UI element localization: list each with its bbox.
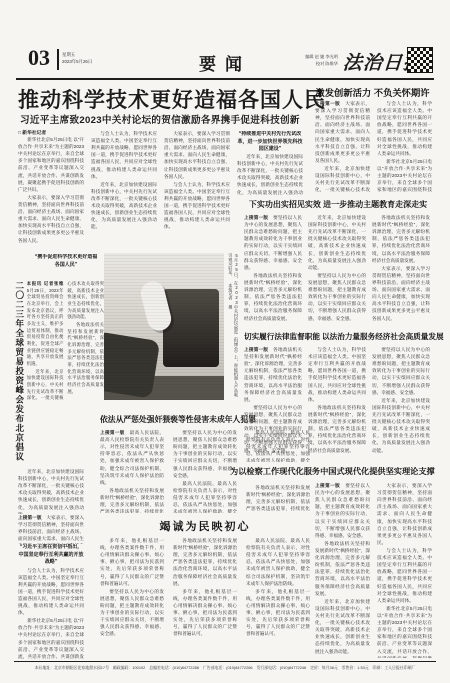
article-jiecheng-col-3: 最高人民法院、最高人民检察院有关负责人表示，对性侵害未成年人犯罪坚持零容忍，依法… xyxy=(246,537,310,658)
article-jifa-col-2: 与会人士认为，科学技术应该造福全人类。中国坚定奉行互利共赢的开放战略，愿同世界各… xyxy=(377,100,432,193)
date-block: 星期五 2023年5月26日 xyxy=(62,52,92,65)
qr-code-icon xyxy=(407,47,433,73)
article-yifa-col-3: 最高人民法院、最高人民检察院有关负责人表示，对性侵害未成年人犯罪坚持零容忍，依法… xyxy=(246,429,310,462)
article-xiashigong-col-3: 各地政法机关坚持和发展新时代“枫桥经验”，深化诉源治理，完善多元解纷机制，依法严… xyxy=(372,214,430,326)
article-weijiancha-col-1: 上接第一版 要坚持以人民为中心的发展思想，聚焦人民群众急难愁盼问题，把主题教育成… xyxy=(315,482,370,658)
article-xiashigong-col-1: 上接第一版 要坚持以人民为中心的发展思想，聚焦人民群众急难愁盼问题，把主题教育成… xyxy=(244,214,302,326)
proofreader-line: 校对 陈维华 xyxy=(283,61,338,68)
beijing-initiative-vertical-title: 二〇二三年全球贸易投资峰会发布北京倡议 xyxy=(14,281,24,464)
newspaper-page: 03 星期五 2023年5月26日 要闻 编辑 赵 婕 李光明 校对 陈维华 法… xyxy=(0,0,450,683)
left-bottom-text-top: 近年来，北京加快建设国际科技创新中心，中关村先行先试改革不断深化，一批关键核心技… xyxy=(18,468,84,514)
beijing-initiative-box: 二〇二三年全球贸易投资峰会发布北京倡议 本报讯 记者张维 5月25日，2023年… xyxy=(14,281,104,464)
article-jiecheng-col-2: 各地政法机关坚持和发展新时代“枫桥经验”，深化诉源治理，完善多元解纷机制，依法严… xyxy=(173,537,237,658)
article-xiashigong-col-2: 近年来，北京加快建设国际科技创新中心，中关村先行先试改革不断深化，一批关键核心技… xyxy=(308,214,366,326)
lead-pull-quote-2: “持续推进中关村先行先试改革，进一步加快世界领先科技园区建设” xyxy=(237,131,303,152)
left-bottom-quote: “习近平主席在贺信中指出，中国坚定奉行互利共赢的开放战略” xyxy=(18,544,84,567)
page-number: 03 xyxy=(28,47,50,69)
article-yifa-title: 依法从严惩处强奸猥亵等性侵害未成年人犯罪 xyxy=(100,414,256,425)
header-rule xyxy=(16,78,434,80)
article-jiecheng-col-1: 多年来，他扎根基层一线，办理各类案件数千件，用心用情解决群众操心事、烦心事、揪心… xyxy=(100,537,164,658)
weekday-label: 星期五 xyxy=(62,52,92,59)
beijing-initiative-body: 本报讯 记者张维 5月25日，2023年全球贸易投资峰会在北京举行，会上发布北京… xyxy=(27,281,104,464)
left-bottom-text-rest: 与会人士认为，科学技术应该造福全人类。中国坚定奉行互利共赢的开放战略，愿同世界各… xyxy=(18,567,84,659)
editors-block: 编辑 赵 婕 李光明 校对 陈维华 xyxy=(283,54,338,67)
left-bottom-column: 近年来，北京加快建设国际科技创新中心，中关村先行先试改革不断深化，一批关键核心技… xyxy=(18,468,84,658)
left-bottom-continued-text: 上接第一版 大家表示，要深入学习贯彻贺信精神，坚持面向世界科技前沿、面向经济主战… xyxy=(18,514,84,544)
article-yifa-col-1: 上接第一版 最高人民法院、最高人民检察院有关负责人表示，对性侵害未成年人犯罪坚持… xyxy=(100,429,164,513)
photo-caption-vertical: 5月25日，在2023中关村论坛展览（科博会）上，智能机器人产品吸引观众驻足。 … xyxy=(226,253,239,400)
article-jiecheng-title: 竭诚为民映初心 xyxy=(100,518,310,534)
footer-info-line: 本社地址：北京市朝阳区花家地甜水园17号 邮政编码：100102 总编室电话：(… xyxy=(14,665,436,671)
lead-subhead: 习近平主席致2023中关村论坛的贺信激励各界携手促进科技创新 xyxy=(20,112,308,126)
footer-rule xyxy=(14,661,436,662)
article-qieshi-col-3: 要坚持以人民为中心的发展思想，聚焦人民群众急难愁盼问题，把主题教育成效转化为干事… xyxy=(372,346,430,458)
lead-body-col-3: 大家表示，要深入学习贯彻贺信精神，坚持面向世界科技前沿、面向经济主战场、面向国家… xyxy=(164,130,230,250)
lead-pull-quote-1: “携手促进科学技术更好造福各国人民” xyxy=(34,254,98,276)
lead-headline: 推动科学技术更好造福各国人民 xyxy=(18,84,310,114)
article-jifa-col-1: 上接第一版 大家表示，要深入学习贯彻贺信精神，坚持面向世界科技前沿、面向经济主战… xyxy=(315,100,370,193)
lead-body-col-4: 近年来，北京加快建设国际科技创新中心，中关村先行先试改革不断深化，一批关键核心技… xyxy=(237,153,303,196)
article-yifa-col-2: 要坚持以人民为中心的发展思想，聚焦人民群众急难愁盼问题，把主题教育成效转化为干事… xyxy=(173,429,237,513)
article-qieshi-col-2: 与会人士认为，科学技术应该造福全人类。中国坚定奉行互利共赢的开放战略，愿同世界各… xyxy=(308,346,366,458)
section-title: 要闻 xyxy=(160,50,290,75)
page-number-divider xyxy=(57,49,59,70)
lead-body-col-2: 与会人士认为，科学技术应该造福全人类。中国坚定奉行互利共赢的开放战略，愿同世界各… xyxy=(91,130,157,250)
photo-grain-overlay xyxy=(104,253,224,400)
editor-line: 编辑 赵 婕 李光明 xyxy=(283,54,338,61)
article-qieshi-title: 切实履行法律监督职能 以法治力量服务经济社会高质量发展 xyxy=(244,331,432,342)
article-weijiancha-title: 为以检察工作现代化服务中国式现代化提供坚实理论支撑 xyxy=(230,466,432,477)
forum-robot-photo xyxy=(104,253,224,400)
lead-byline: □ 新华社记者 xyxy=(18,129,46,136)
date-label: 2023年5月26日 xyxy=(62,59,92,66)
article-weijiancha-col-2: 大家表示，要深入学习贯彻贺信精神，坚持面向世界科技前沿、面向经济主战场、面向国家… xyxy=(377,482,432,658)
article-xiashigong-title: 下实功出实招见实效 进一步推动主题教育走深走实 xyxy=(244,199,432,210)
lead-body-col-1: 新华社北京5月25日电 以“开放合作·共享未来”为主题的2023中关村论坛在京举… xyxy=(18,136,84,250)
article-jifa-title: 激发创新活力 不负关怀期许 xyxy=(313,85,432,99)
article-yifa-col-3-continued: 各地政法机关坚持和发展新时代“枫桥经验”，深化诉源治理，完善多元解纷机制，依法严… xyxy=(246,484,310,512)
